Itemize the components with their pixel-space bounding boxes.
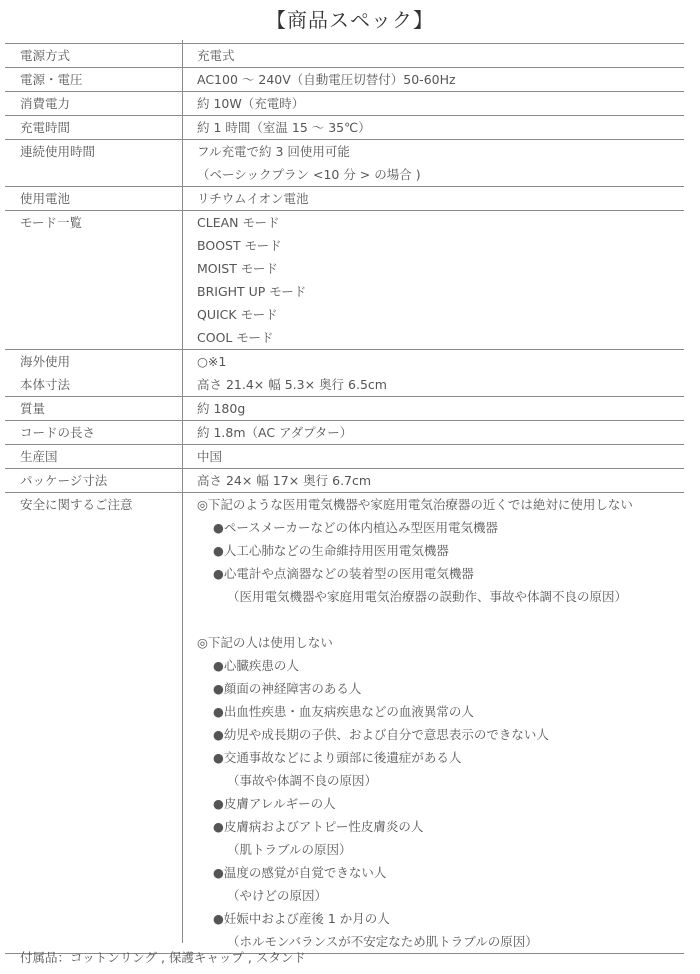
spec-value: 高さ 21.4× 幅 5.3× 奥行 6.5cm <box>182 373 684 396</box>
accessories-note: 付属品：コットンリング , 保護キャップ , スタンド <box>20 946 306 969</box>
spec-value-line: 中国 <box>197 445 684 468</box>
safety-bullet: ●交通事故などにより頭部に後遺症がある人 <box>197 746 684 769</box>
spec-row-overseas-use: 海外使用 ○※1 <box>5 349 684 373</box>
spec-label: パッケージ寸法 <box>5 469 182 492</box>
spec-value: 約 10W（充電時） <box>182 92 684 115</box>
spec-label: コードの長さ <box>5 421 182 444</box>
spec-value-line: 約 1.8m（AC アダプター） <box>197 421 684 444</box>
mode-item: MOIST モード <box>197 257 684 280</box>
spec-value-line: 高さ 21.4× 幅 5.3× 奥行 6.5cm <box>197 373 684 396</box>
mode-item: BOOST モード <box>197 234 684 257</box>
spec-table: 電源方式 充電式 電源・電圧 AC100 ～ 240V（自動電圧切替付）50-6… <box>5 43 684 954</box>
spec-label: モード一覧 <box>5 211 182 349</box>
spec-value: リチウムイオン電池 <box>182 187 684 210</box>
spec-value: フル充電で約 3 回使用可能 （ベーシックプラン <10 分 > の場合 ) <box>182 140 684 186</box>
spec-value-line: AC100 ～ 240V（自動電圧切替付）50-60Hz <box>197 68 684 91</box>
spec-label: 本体寸法 <box>5 373 182 396</box>
safety-notes: ◎下記のような医用電気機器や家庭用電気治療器の近くでは絶対に使用しない ●ペース… <box>182 493 684 953</box>
safety-bullet: ●心電計や点滴器などの装着型の医用電気機器 <box>197 562 684 585</box>
spec-value: CLEAN モード BOOST モード MOIST モード BRIGHT UP … <box>182 211 684 349</box>
spec-label: 使用電池 <box>5 187 182 210</box>
spec-label: 電源・電圧 <box>5 68 182 91</box>
spec-label: 安全に関するご注意 <box>5 493 182 953</box>
spec-row-cord-length: コードの長さ 約 1.8m（AC アダプター） <box>5 420 684 444</box>
spec-label: 消費電力 <box>5 92 182 115</box>
safety-note: （医用電気機器や家庭用電気治療器の誤動作、事故や体調不良の原因） <box>197 585 684 608</box>
spec-row-body-dimensions: 本体寸法 高さ 21.4× 幅 5.3× 奥行 6.5cm <box>5 373 684 396</box>
safety-bullet: ●ペースメーカーなどの体内植込み型医用電気機器 <box>197 516 684 539</box>
safety-note: （事故や体調不良の原因） <box>197 769 684 792</box>
safety-bullet: ●温度の感覚が自覚できない人 <box>197 861 684 884</box>
spec-value: AC100 ～ 240V（自動電圧切替付）50-60Hz <box>182 68 684 91</box>
spec-value-line: 約 1 時間（室温 15 ～ 35℃） <box>197 116 684 139</box>
mode-item: CLEAN モード <box>197 211 684 234</box>
spec-value: 中国 <box>182 445 684 468</box>
safety-bullet: ●顔面の神経障害のある人 <box>197 677 684 700</box>
safety-bullet: ●皮膚アレルギーの人 <box>197 792 684 815</box>
safety-heading: ◎下記の人は使用しない <box>197 631 684 654</box>
safety-bullet: ●幼児や成長期の子供、および自分で意思表示のできない人 <box>197 723 684 746</box>
spec-row-modes: モード一覧 CLEAN モード BOOST モード MOIST モード BRIG… <box>5 210 684 349</box>
spec-value-line: 高さ 24× 幅 17× 奥行 6.7cm <box>197 469 684 492</box>
safety-bullet: ●皮膚病およびアトピー性皮膚炎の人 <box>197 815 684 838</box>
spec-value-line: リチウムイオン電池 <box>197 187 684 210</box>
spec-row-charge-time: 充電時間 約 1 時間（室温 15 ～ 35℃） <box>5 115 684 139</box>
mode-item: QUICK モード <box>197 303 684 326</box>
spec-row-power-consumption: 消費電力 約 10W（充電時） <box>5 91 684 115</box>
spec-row-safety: 安全に関するご注意 ◎下記のような医用電気機器や家庭用電気治療器の近くでは絶対に… <box>5 492 684 954</box>
spec-value-line: （ベーシックプラン <10 分 > の場合 ) <box>197 163 684 186</box>
spec-value-line: ○※1 <box>197 350 684 373</box>
spec-label: 海外使用 <box>5 350 182 373</box>
safety-bullet: ●心臓疾患の人 <box>197 654 684 677</box>
spec-row-continuous-use: 連続使用時間 フル充電で約 3 回使用可能 （ベーシックプラン <10 分 > … <box>5 139 684 186</box>
spec-label: 連続使用時間 <box>5 140 182 186</box>
spec-value-line: 充電式 <box>197 44 684 67</box>
safety-bullet: ●出血性疾患・血友病疾患などの血液異常の人 <box>197 700 684 723</box>
spec-row-battery: 使用電池 リチウムイオン電池 <box>5 186 684 210</box>
page-title: 【商品スペック】 <box>0 4 700 36</box>
safety-bullet: ●妊娠中および産後 1 か月の人 <box>197 907 684 930</box>
spec-row-voltage: 電源・電圧 AC100 ～ 240V（自動電圧切替付）50-60Hz <box>5 67 684 91</box>
spec-label: 充電時間 <box>5 116 182 139</box>
spec-row-power-type: 電源方式 充電式 <box>5 43 684 67</box>
mode-item: COOL モード <box>197 326 684 349</box>
spec-value-line: フル充電で約 3 回使用可能 <box>197 140 684 163</box>
spec-label: 生産国 <box>5 445 182 468</box>
spec-value: 約 1.8m（AC アダプター） <box>182 421 684 444</box>
spacer <box>197 608 684 631</box>
safety-bullet: ●人工心肺などの生命維持用医用電気機器 <box>197 539 684 562</box>
spec-value: 約 1 時間（室温 15 ～ 35℃） <box>182 116 684 139</box>
spec-value-line: 約 180g <box>197 397 684 420</box>
spec-value: ○※1 <box>182 350 684 373</box>
safety-heading: ◎下記のような医用電気機器や家庭用電気治療器の近くでは絶対に使用しない <box>197 493 684 516</box>
spec-row-country: 生産国 中国 <box>5 444 684 468</box>
spec-label: 質量 <box>5 397 182 420</box>
spec-label: 電源方式 <box>5 44 182 67</box>
spec-value-line: 約 10W（充電時） <box>197 92 684 115</box>
spec-row-package-dimensions: パッケージ寸法 高さ 24× 幅 17× 奥行 6.7cm <box>5 468 684 492</box>
mode-item: BRIGHT UP モード <box>197 280 684 303</box>
safety-note: （やけどの原因） <box>197 884 684 907</box>
safety-note: （肌トラブルの原因） <box>197 838 684 861</box>
spec-value: 充電式 <box>182 44 684 67</box>
spec-row-weight: 質量 約 180g <box>5 396 684 420</box>
spec-value: 約 180g <box>182 397 684 420</box>
spec-value: 高さ 24× 幅 17× 奥行 6.7cm <box>182 469 684 492</box>
